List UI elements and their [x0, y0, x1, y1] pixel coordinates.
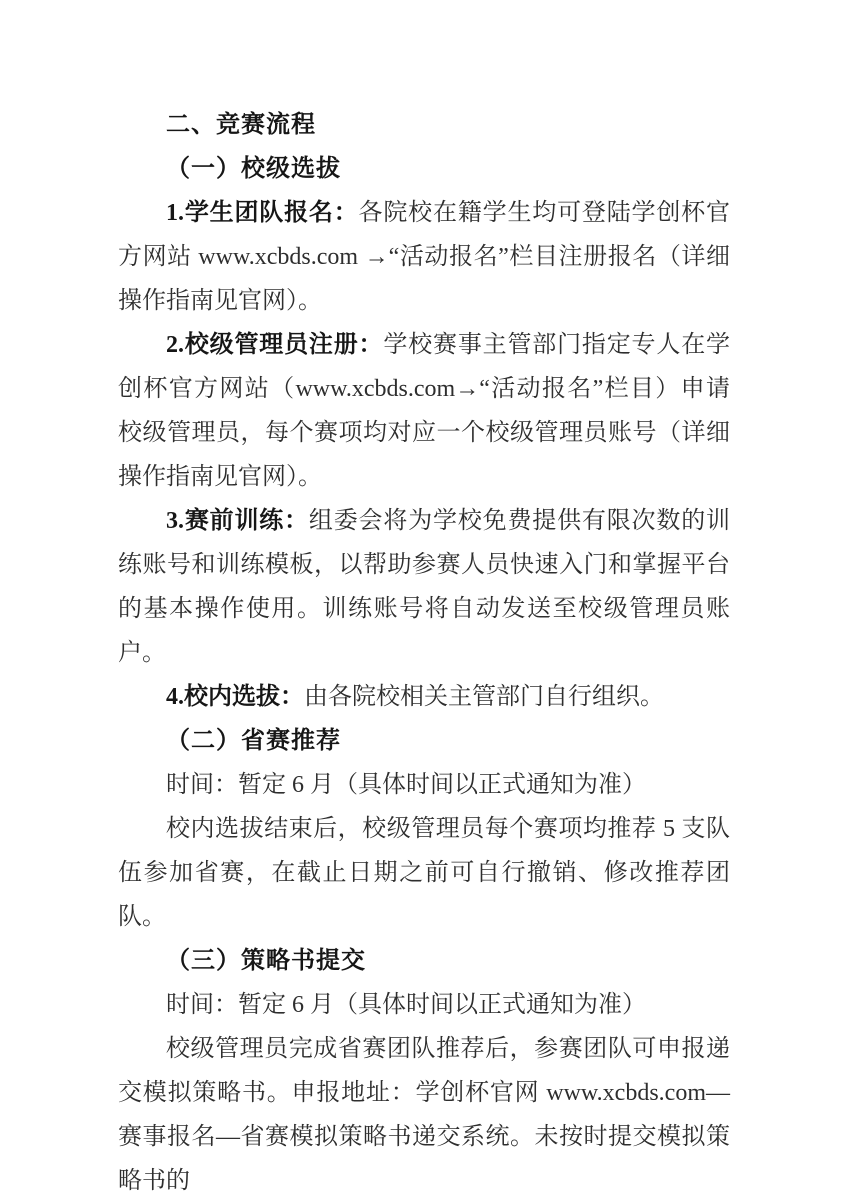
paragraph-text: 时间：暂定 6 月（具体时间以正式通知为准） — [166, 992, 646, 1018]
paragraph-strategy-detail: 校级管理员完成省赛团队推荐后，参赛团队可申报递交模拟策略书。申报地址：学创杯官网… — [118, 1027, 730, 1200]
section-heading-competition-process: 二、竞赛流程 — [118, 103, 730, 147]
paragraph-text: 由各院校相关主管部门自行组织。 — [304, 684, 664, 710]
paragraph-lead: 4.校内选拔： — [166, 684, 304, 710]
paragraph-text: 时间：暂定 6 月（具体时间以正式通知为准） — [166, 772, 646, 798]
paragraph-lead: 3.赛前训练： — [166, 508, 309, 534]
paragraph-lead: 1.学生团队报名： — [166, 200, 359, 226]
paragraph-student-team-registration: 1.学生团队报名：各院校在籍学生均可登陆学创杯官方网站 www.xcbds.co… — [118, 191, 730, 323]
paragraph-internal-selection: 4.校内选拔：由各院校相关主管部门自行组织。 — [118, 675, 730, 719]
document-page: 二、竞赛流程 （一）校级选拔 1.学生团队报名：各院校在籍学生均可登陆学创杯官方… — [0, 0, 848, 1200]
subsection-heading-provincial-recommendation: （二）省赛推荐 — [118, 719, 730, 763]
paragraph-provincial-detail: 校内选拔结束后，校级管理员每个赛项均推荐 5 支队伍参加省赛，在截止日期之前可自… — [118, 807, 730, 939]
subsection-heading-strategy-submission: （三）策略书提交 — [118, 939, 730, 983]
document-body: 二、竞赛流程 （一）校级选拔 1.学生团队报名：各院校在籍学生均可登陆学创杯官方… — [0, 0, 848, 1200]
subsection-heading-school-selection: （一）校级选拔 — [118, 147, 730, 191]
paragraph-pre-competition-training: 3.赛前训练：组委会将为学校免费提供有限次数的训练账号和训练模板，以帮助参赛人员… — [118, 499, 730, 675]
paragraph-school-admin-registration: 2.校级管理员注册：学校赛事主管部门指定专人在学创杯官方网站（www.xcbds… — [118, 323, 730, 499]
paragraph-text: 校内选拔结束后，校级管理员每个赛项均推荐 5 支队伍参加省赛，在截止日期之前可自… — [118, 816, 730, 930]
paragraph-lead: 2.校级管理员注册： — [166, 332, 383, 358]
paragraph-provincial-time: 时间：暂定 6 月（具体时间以正式通知为准） — [118, 763, 730, 807]
paragraph-text: 校级管理员完成省赛团队推荐后，参赛团队可申报递交模拟策略书。申报地址：学创杯官网… — [118, 1036, 730, 1194]
paragraph-strategy-time: 时间：暂定 6 月（具体时间以正式通知为准） — [118, 983, 730, 1027]
